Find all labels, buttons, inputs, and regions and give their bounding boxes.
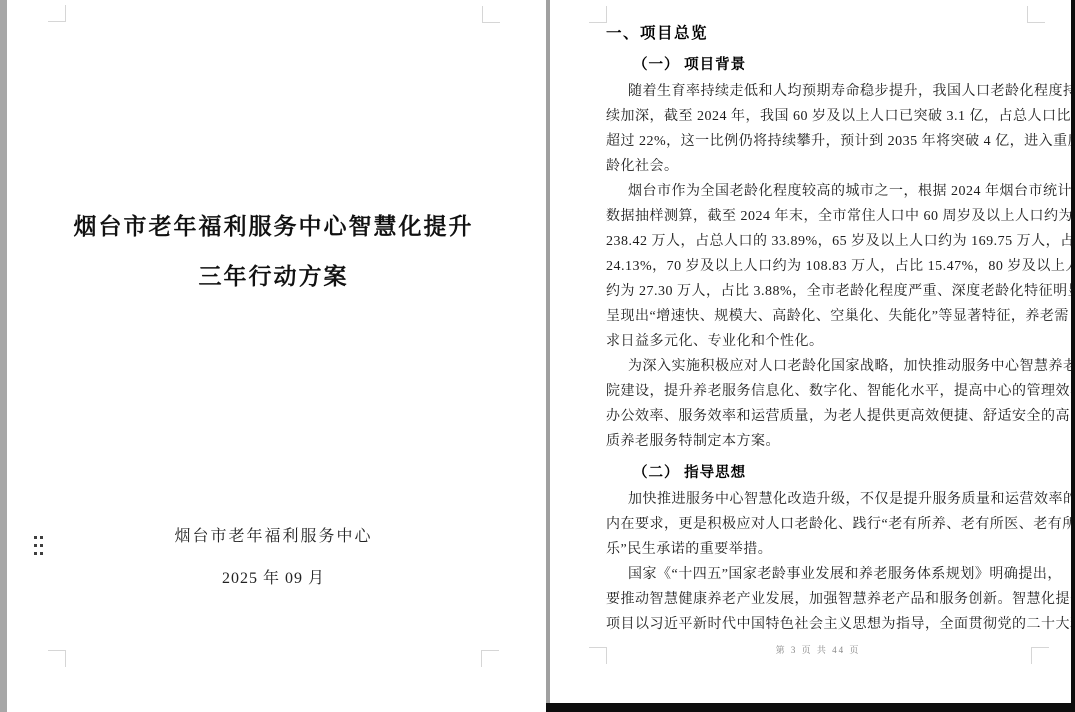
document-line: 超过 22%，这一比例仍将持续攀升，预计到 2035 年将突破 4 亿，进入重度… bbox=[606, 129, 1030, 154]
document-line: 要推动智慧健康养老产业发展，加强智慧养老产品和服务创新。智慧化提升 bbox=[606, 587, 1030, 612]
document-body: 一、项目总览（一） 项目背景随着生育率持续走低和人均预期寿命稳步提升，我国人口老… bbox=[606, 22, 1030, 637]
document-line: （一） 项目背景 bbox=[606, 53, 1030, 77]
document-line: 龄化社会。 bbox=[606, 154, 1030, 179]
crop-mark-bottom-right-icon bbox=[481, 650, 499, 667]
document-date: 2025 年 09 月 bbox=[65, 569, 482, 589]
document-line: 随着生育率持续走低和人均预期寿命稳步提升，我国人口老龄化程度持 bbox=[606, 79, 1030, 104]
document-line: 项目以习近平新时代中国特色社会主义思想为指导，全面贯彻党的二十大精 bbox=[606, 612, 1030, 637]
drag-handle-icon[interactable] bbox=[34, 536, 43, 555]
document-title-line2: 三年行动方案 bbox=[65, 262, 482, 292]
document-line: 数据抽样测算，截至 2024 年末，全市常住人口中 60 周岁及以上人口约为 bbox=[606, 204, 1030, 229]
bottom-background-edge bbox=[546, 703, 1075, 712]
document-line: 质养老服务特制定本方案。 bbox=[606, 429, 1030, 454]
crop-mark-bottom-left-icon bbox=[48, 650, 66, 667]
document-line: 238.42 万人，占总人口的 33.89%，65 岁及以上人口约为 169.7… bbox=[606, 229, 1030, 254]
document-line: 院建设，提升养老服务信息化、数字化、智能化水平，提高中心的管理效率、 bbox=[606, 379, 1030, 404]
organization-name: 烟台市老年福利服务中心 bbox=[65, 527, 482, 547]
document-line: 为深入实施积极应对人口老龄化国家战略，加快推动服务中心智慧养老 bbox=[606, 354, 1030, 379]
document-line: （二） 指导思想 bbox=[606, 461, 1030, 485]
crop-mark-bottom-left-icon bbox=[589, 647, 607, 664]
document-line: 国家《“十四五”国家老龄事业发展和养老服务体系规划》明确提出， bbox=[606, 562, 1030, 587]
document-line: 约为 27.30 万人，占比 3.88%，全市老龄化程度严重、深度老龄化特征明显… bbox=[606, 279, 1030, 304]
crop-mark-bottom-right-icon bbox=[1031, 647, 1049, 664]
document-line: 呈现出“增速快、规模大、高龄化、空巢化、失能化”等显著特征，养老需 bbox=[606, 304, 1030, 329]
left-gutter bbox=[0, 0, 7, 712]
document-line: 续加深，截至 2024 年，我国 60 岁及以上人口已突破 3.1 亿，占总人口… bbox=[606, 104, 1030, 129]
page-number-footer: 第 3 页 共 44 页 bbox=[606, 643, 1030, 657]
document-line: 求日益多元化、专业化和个性化。 bbox=[606, 329, 1030, 354]
document-line: 办公效率、服务效率和运营质量，为老人提供更高效便捷、舒适安全的高品 bbox=[606, 404, 1030, 429]
crop-mark-top-right-icon bbox=[482, 6, 500, 23]
document-line: 24.13%，70 岁及以上人口约为 108.83 万人，占比 15.47%，8… bbox=[606, 254, 1030, 279]
cover-page[interactable]: 烟台市老年福利服务中心智慧化提升 三年行动方案 烟台市老年福利服务中心 2025… bbox=[7, 0, 546, 712]
crop-mark-top-left-icon bbox=[48, 5, 66, 22]
crop-mark-top-right-icon bbox=[1027, 6, 1045, 23]
document-line: 内在要求，更是积极应对人口老龄化、践行“老有所养、老有所医、老有所 bbox=[606, 512, 1030, 537]
right-background-edge bbox=[1071, 0, 1075, 712]
document-line: 加快推进服务中心智慧化改造升级，不仅是提升服务质量和运营效率的 bbox=[606, 487, 1030, 512]
document-title-line1: 烟台市老年福利服务中心智慧化提升 bbox=[65, 212, 482, 242]
document-line: 烟台市作为全国老龄化程度较高的城市之一，根据 2024 年烟台市统计局 bbox=[606, 179, 1030, 204]
document-viewer: 烟台市老年福利服务中心智慧化提升 三年行动方案 烟台市老年福利服务中心 2025… bbox=[0, 0, 1075, 712]
content-page[interactable]: 一、项目总览（一） 项目背景随着生育率持续走低和人均预期寿命稳步提升，我国人口老… bbox=[550, 0, 1071, 703]
document-line: 乐”民生承诺的重要举措。 bbox=[606, 537, 1030, 562]
crop-mark-top-left-icon bbox=[589, 6, 607, 23]
document-line: 一、项目总览 bbox=[606, 22, 1030, 46]
